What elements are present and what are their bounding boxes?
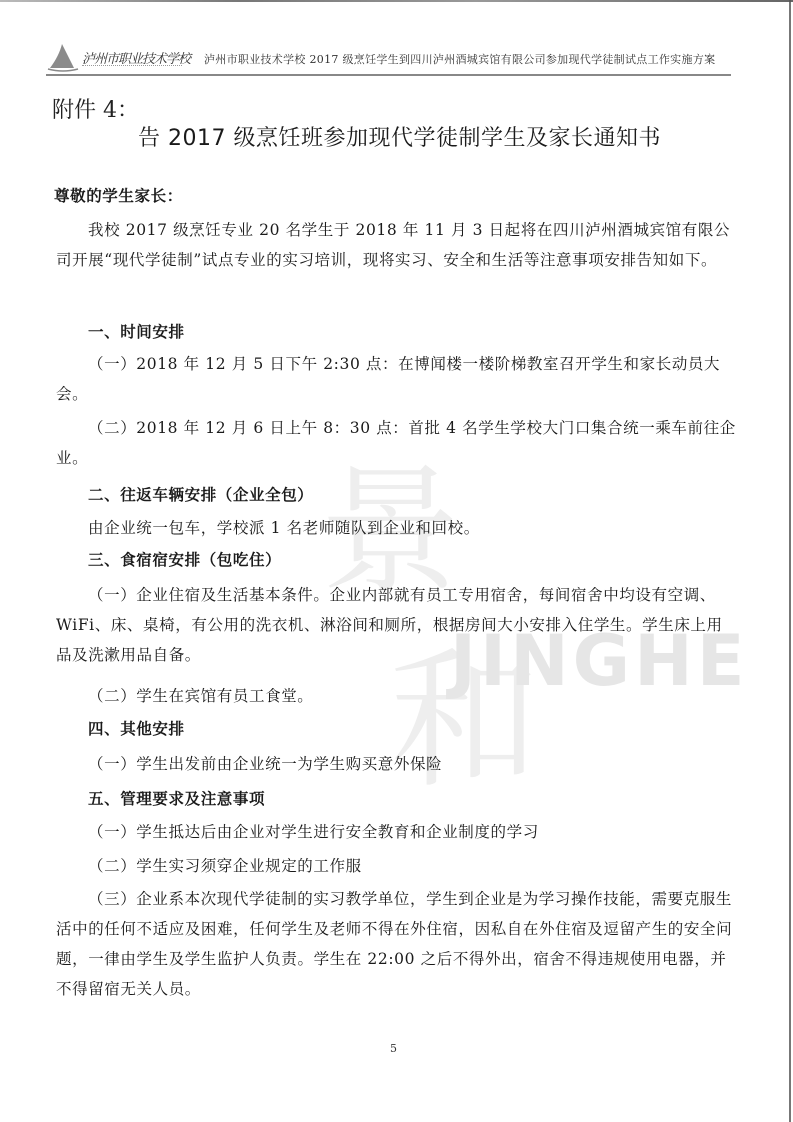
section-item: （一）学生出发前由企业统一为学生购买意外保险 — [88, 749, 768, 779]
section-item: （一）学生抵达后由企业对学生进行安全教育和企业制度的学习 — [88, 817, 768, 847]
section-item: 由企业统一包车，学校派 1 名老师随队到企业和回校。 — [88, 513, 768, 543]
section-item: （二）2018 年 12 月 6 日上午 8：30 点：首批 4 名学生学校大门… — [56, 413, 736, 473]
greeting: 尊敬的学生家长： — [54, 181, 734, 211]
section-item: （一）2018 年 12 月 5 日下午 2:30 点：在博闻楼一楼阶梯教室召开… — [56, 349, 736, 409]
section-heading: 三、食宿宿安排（包吃住） — [88, 545, 768, 575]
section-item: （二）学生实习须穿企业规定的工作服 — [88, 851, 768, 881]
document-body: 尊敬的学生家长： 我校 2017 级烹饪专业 20 名学生于 2018 年 11… — [0, 0, 793, 1122]
section-heading: 二、往返车辆安排（企业全包） — [88, 480, 768, 510]
section-item: （一）企业住宿及生活基本条件。企业内部就有员工专用宿舍，每间宿舍中均设有空调、W… — [56, 580, 736, 670]
intro-paragraph: 我校 2017 级烹饪专业 20 名学生于 2018 年 11 月 3 日起将在… — [56, 215, 736, 275]
section-item: （三）企业系本次现代学徒制的实习教学单位，学生到企业是为学习操作技能，需要克服生… — [56, 884, 736, 1004]
section-heading: 一、时间安排 — [88, 317, 768, 347]
page-number: 5 — [390, 1042, 397, 1055]
section-heading: 四、其他安排 — [88, 714, 768, 744]
section-item: （二）学生在宾馆有员工食堂。 — [88, 681, 768, 711]
section-heading: 五、管理要求及注意事项 — [88, 784, 768, 814]
